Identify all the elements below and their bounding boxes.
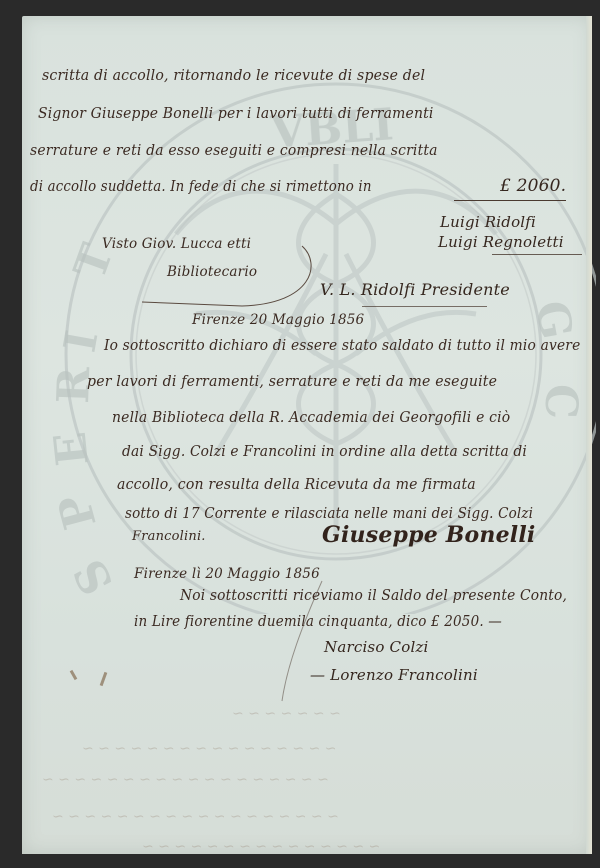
body-main-line-5: accollo, con resulta della Ricevuta da m… [117, 477, 476, 493]
body-top-line-1: scritta di accollo, ritornando le ricevu… [42, 68, 425, 84]
bleed-through-line-4: ~ ~ ~ ~ ~ ~ ~ ~ ~ ~ ~ ~ ~ ~ ~ ~ ~ ~ [52, 809, 339, 825]
body-main-line-1: Io sottoscritto dichiaro di essere stato… [104, 338, 580, 354]
signature-regnoletti: Luigi Regnoletti [438, 233, 564, 251]
body-main-line-6: sotto di 17 Corrente e rilasciata nelle … [125, 506, 533, 522]
amount-underline [454, 200, 566, 201]
ink-stain [70, 670, 78, 680]
body-top-line-3: serrature e reti da esso eseguiti e comp… [30, 143, 438, 159]
svg-text:C: C [535, 384, 586, 419]
body-top-line-4: di accollo suddetta. In fede di che si r… [30, 179, 372, 195]
president-underline [362, 306, 487, 307]
svg-text:E: E [45, 429, 99, 468]
date-1: Firenze 20 Maggio 1856 [192, 312, 364, 328]
svg-text:S: S [64, 551, 124, 603]
signature-president: V. L. Ridolfi Presidente [320, 280, 510, 299]
body-main-line-3: nella Biblioteca della R. Accademia dei … [112, 410, 510, 426]
body-main-line-2: per lavori di ferramenti, serrature e re… [87, 374, 497, 390]
body-main-line-4: dai Sigg. Colzi e Francolini in ordine a… [122, 444, 527, 460]
svg-text:P: P [49, 489, 107, 534]
bleed-through-line-1: ~ ~ ~ ~ ~ ~ ~ [232, 706, 341, 722]
signature-bonelli: Giuseppe Bonelli [322, 522, 535, 548]
signature-ridolfi: Luigi Ridolfi [440, 213, 536, 231]
visto-flourish-icon [122, 234, 322, 314]
bleed-through-line-2: ~ ~ ~ ~ ~ ~ ~ ~ ~ ~ ~ ~ ~ ~ ~ ~ [82, 741, 336, 757]
body-top-line-2: Signor Giuseppe Bonelli per i lavori tut… [38, 106, 434, 122]
svg-text:I: I [55, 327, 109, 356]
signature-underline [492, 254, 582, 255]
amount-top: £ 2060. [500, 176, 566, 196]
bleed-through-line-5: ~ ~ ~ ~ ~ ~ ~ ~ ~ ~ ~ ~ ~ ~ ~ [142, 839, 380, 855]
bleed-through-line-3: ~ ~ ~ ~ ~ ~ ~ ~ ~ ~ ~ ~ ~ ~ ~ ~ ~ ~ [42, 772, 329, 788]
svg-text:G: G [525, 297, 582, 343]
document-page: VBLI T I R E P S G C scritta di accollo,… [22, 16, 592, 854]
ink-stain [100, 672, 108, 686]
body-final-line-1: Noi sottoscritti riceviamo il Saldo del … [180, 588, 567, 604]
body-main-line-7: Francolini. [132, 529, 206, 544]
paper-edge [586, 16, 592, 854]
pen-stroke-icon [272, 576, 352, 706]
